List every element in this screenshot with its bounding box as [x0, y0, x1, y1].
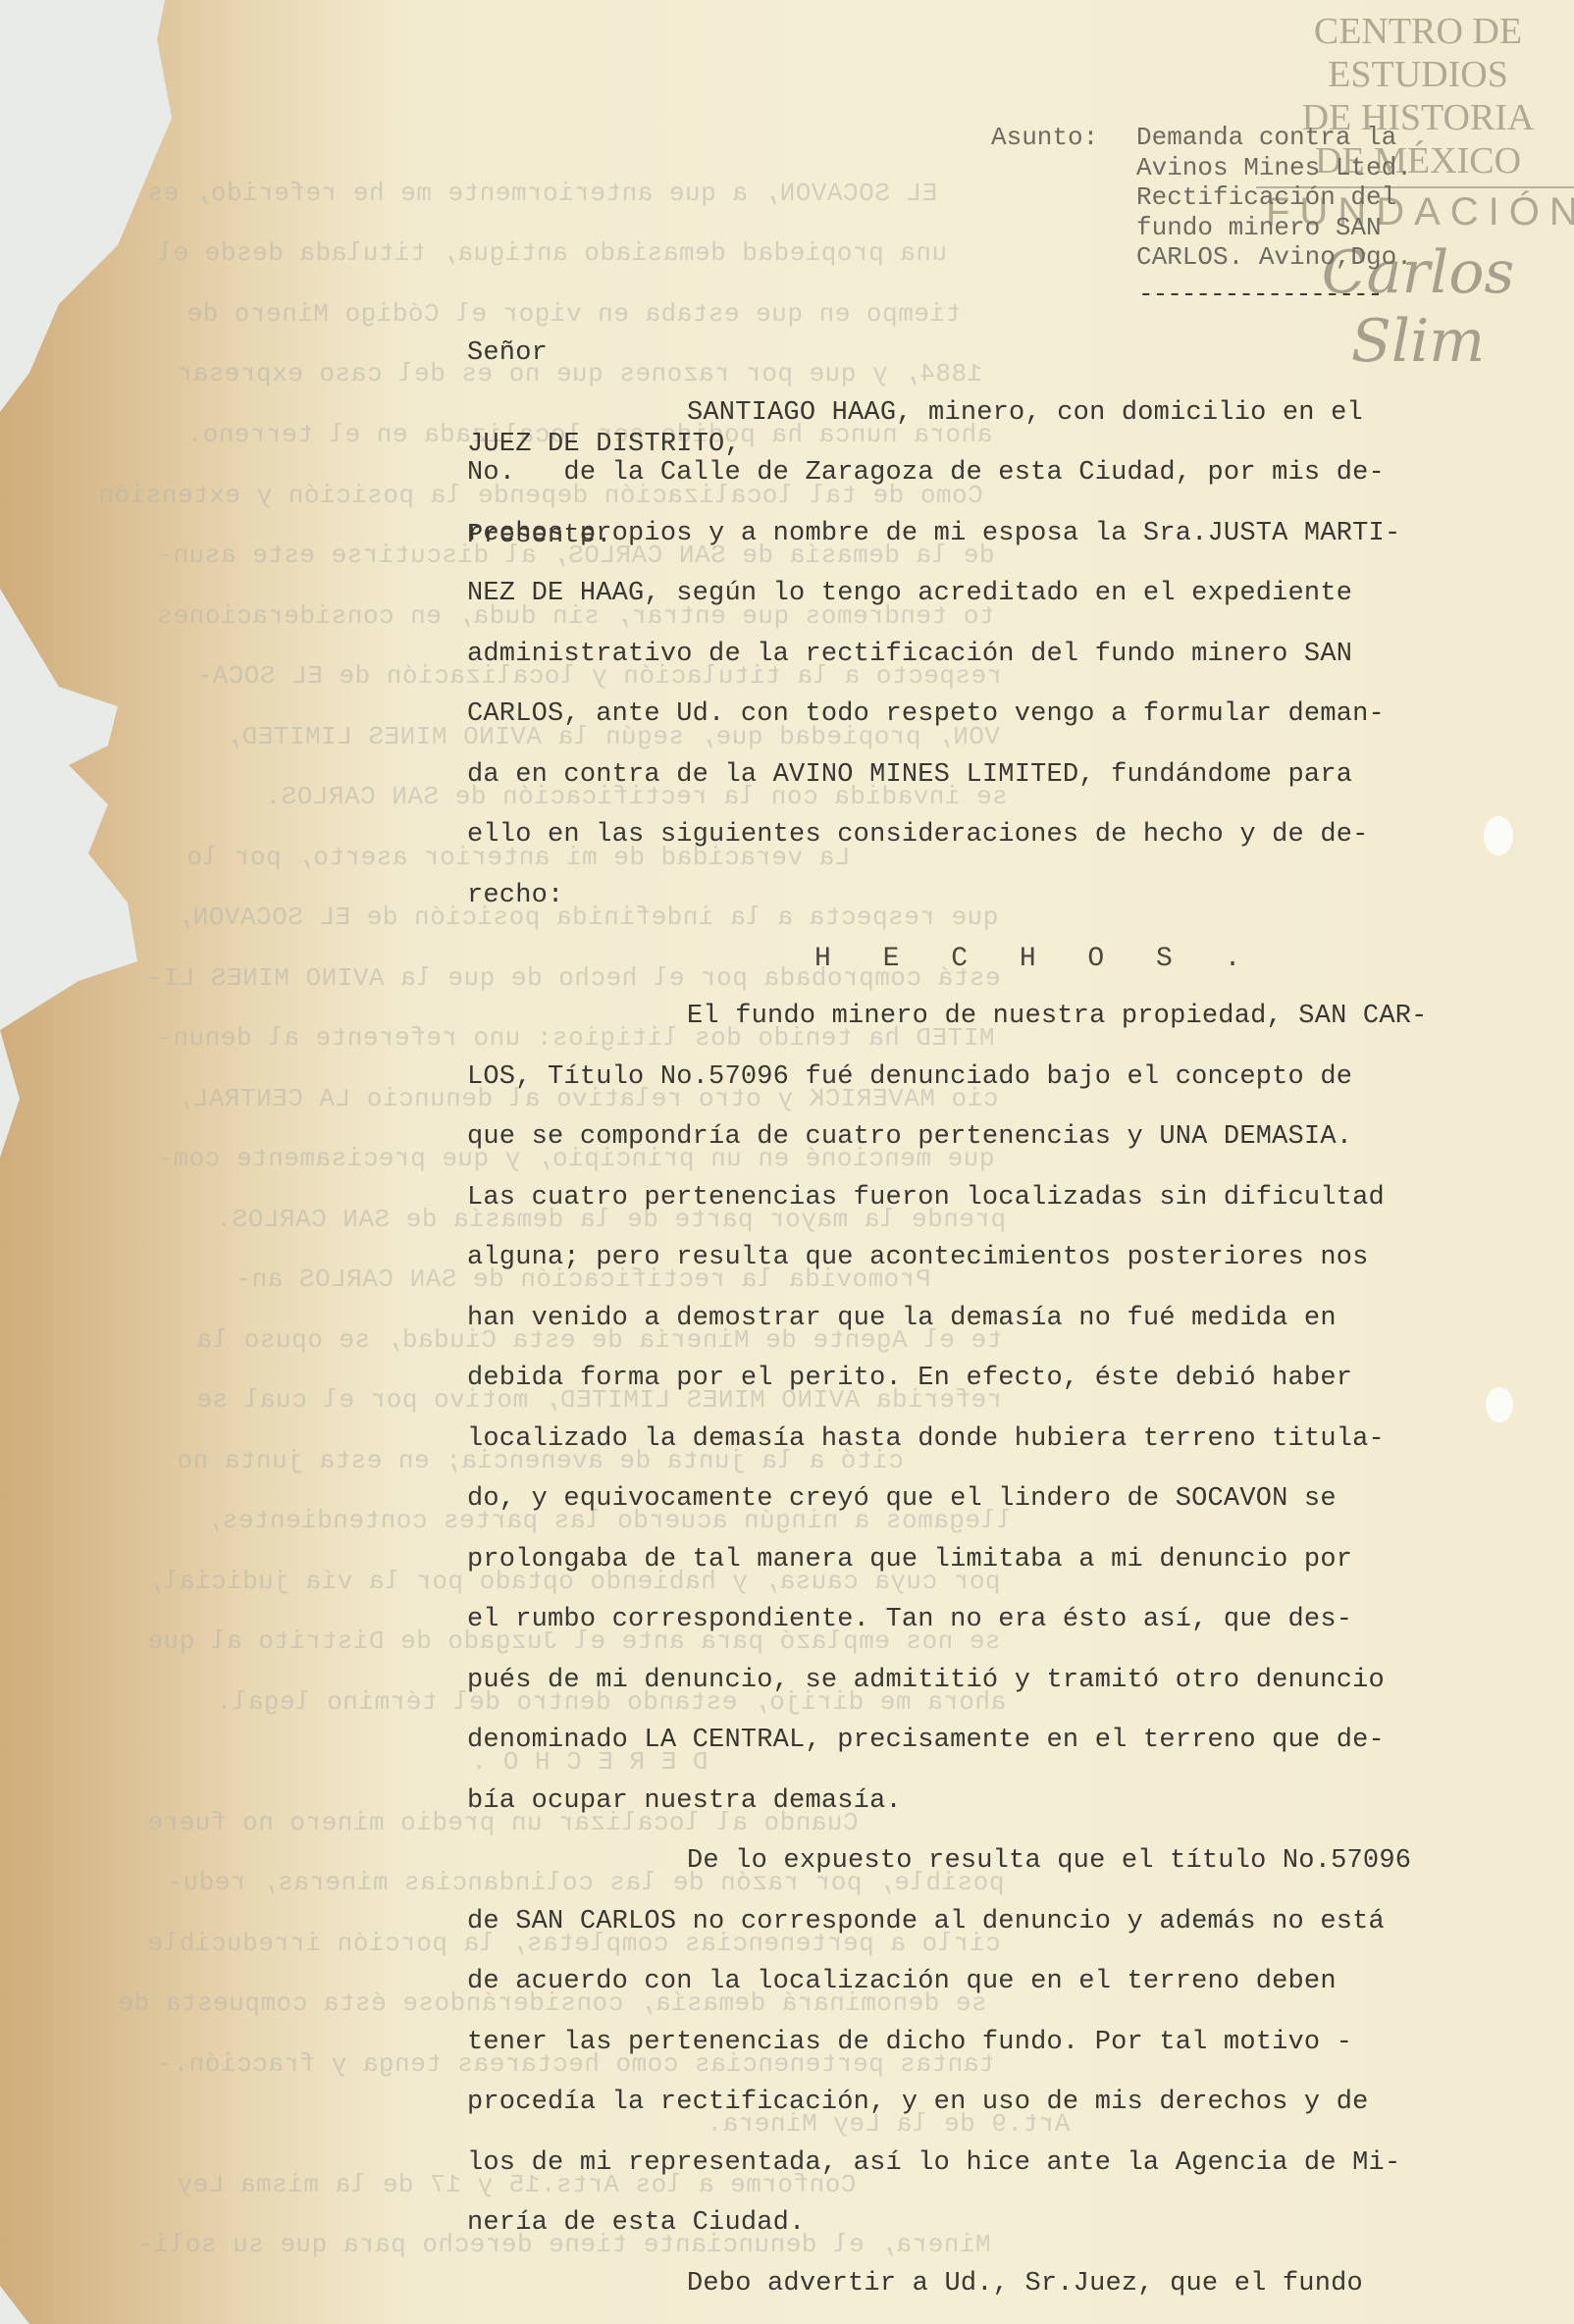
facts-line: De lo expuesto resulta que el título No.… — [687, 1846, 1411, 1876]
section-heading-hechos: H E C H O S . — [814, 944, 1258, 974]
body-line: administrativo de la rectificación del f… — [467, 640, 1352, 669]
subject-label: Asunto: — [991, 123, 1136, 153]
body-line: rechos propios y a nombre de mi esposa l… — [467, 519, 1400, 548]
facts-line: de acuerdo con la localización que en el… — [467, 1967, 1337, 1996]
facts-line: de SAN CARLOS no corresponde al denuncio… — [467, 1907, 1385, 1937]
subject-line: fundo minero SAN — [1136, 213, 1382, 243]
facts-line: prolongaba de tal manera que limitaba a … — [467, 1545, 1352, 1575]
subject-line: Demanda contra la — [1136, 123, 1396, 153]
facts-line: pués de mi denuncio, se admititió y tram… — [467, 1666, 1385, 1695]
punch-hole — [1486, 1387, 1513, 1422]
facts-line: do, y equivocamente creyó que el lindero… — [467, 1484, 1337, 1514]
bleed-line: EL SOCAVON, a que anteriormente me he re… — [147, 179, 937, 208]
bleed-line: una propiedad demasiado antigua, titulad… — [157, 238, 947, 268]
facts-line: el rumbo correspondiente. Tan no era ést… — [467, 1605, 1352, 1634]
subject-line: Avinos Mines Lted. — [1136, 153, 1412, 183]
body-line: da en contra de la AVINO MINES LIMITED, … — [467, 760, 1352, 790]
facts-line: procedía la rectificación, y en uso de m… — [467, 2088, 1369, 2117]
facts-line: los de mi representada, así lo hice ante… — [467, 2148, 1400, 2178]
facts-line: que se compondría de cuatro pertenencias… — [467, 1122, 1352, 1152]
facts-line: nería de esta Ciudad. — [467, 2208, 805, 2238]
addressee-title: JUEZ DE DISTRITO, — [467, 430, 741, 460]
salutation: Señor — [467, 338, 741, 369]
facts-line: LOS, Título No.57096 fué denunciado bajo… — [467, 1062, 1352, 1092]
body-line: recho: — [467, 881, 563, 910]
body-line: CARLOS, ante Ud. con todo respeto vengo … — [467, 699, 1385, 729]
subject-line: CARLOS. Avino,Dgo. — [1136, 242, 1412, 273]
facts-line: debida forma por el perito. En efecto, é… — [467, 1364, 1352, 1393]
facts-line: denominado LA CENTRAL, precisamente en e… — [467, 1726, 1385, 1755]
facts-line: alguna; pero resulta que acontecimientos… — [467, 1243, 1369, 1272]
subject-underline: ----------------- — [1138, 280, 1382, 309]
facts-line: han venido a demostrar que la demasía no… — [467, 1304, 1337, 1333]
body-line: ello en las siguientes consideraciones d… — [467, 820, 1369, 850]
watermark-line: CENTRO DE — [1266, 10, 1570, 53]
bleed-line: que respecta a la indefinida posición de… — [177, 903, 998, 932]
facts-line: localizado la demasía hasta donde hubier… — [467, 1424, 1385, 1454]
subject-block: Asunto:Demanda contra la Avinos Mines Lt… — [991, 123, 1412, 273]
facts-line: El fundo minero de nuestra propiedad, SA… — [687, 1002, 1428, 1031]
subject-line: Rectificación del — [1136, 182, 1396, 213]
body-line: NEZ DE HAAG, según lo tengo acreditado e… — [467, 579, 1352, 608]
body-line: SANTIAGO HAAG, minero, con domicilio en … — [687, 398, 1363, 428]
watermark-line: ESTUDIOS — [1266, 53, 1570, 96]
facts-line: bía ocupar nuestra demasía. — [467, 1786, 902, 1816]
facts-line: tener las pertenencias de dicho fundo. P… — [467, 2028, 1352, 2057]
body-line: No. de la Calle de Zaragoza de esta Ciud… — [467, 458, 1385, 488]
facts-line: Las cuatro pertenencias fueron localizad… — [467, 1183, 1385, 1213]
facts-line: Debo advertir a Ud., Sr.Juez, que el fun… — [687, 2269, 1363, 2298]
punch-hole — [1484, 816, 1513, 855]
